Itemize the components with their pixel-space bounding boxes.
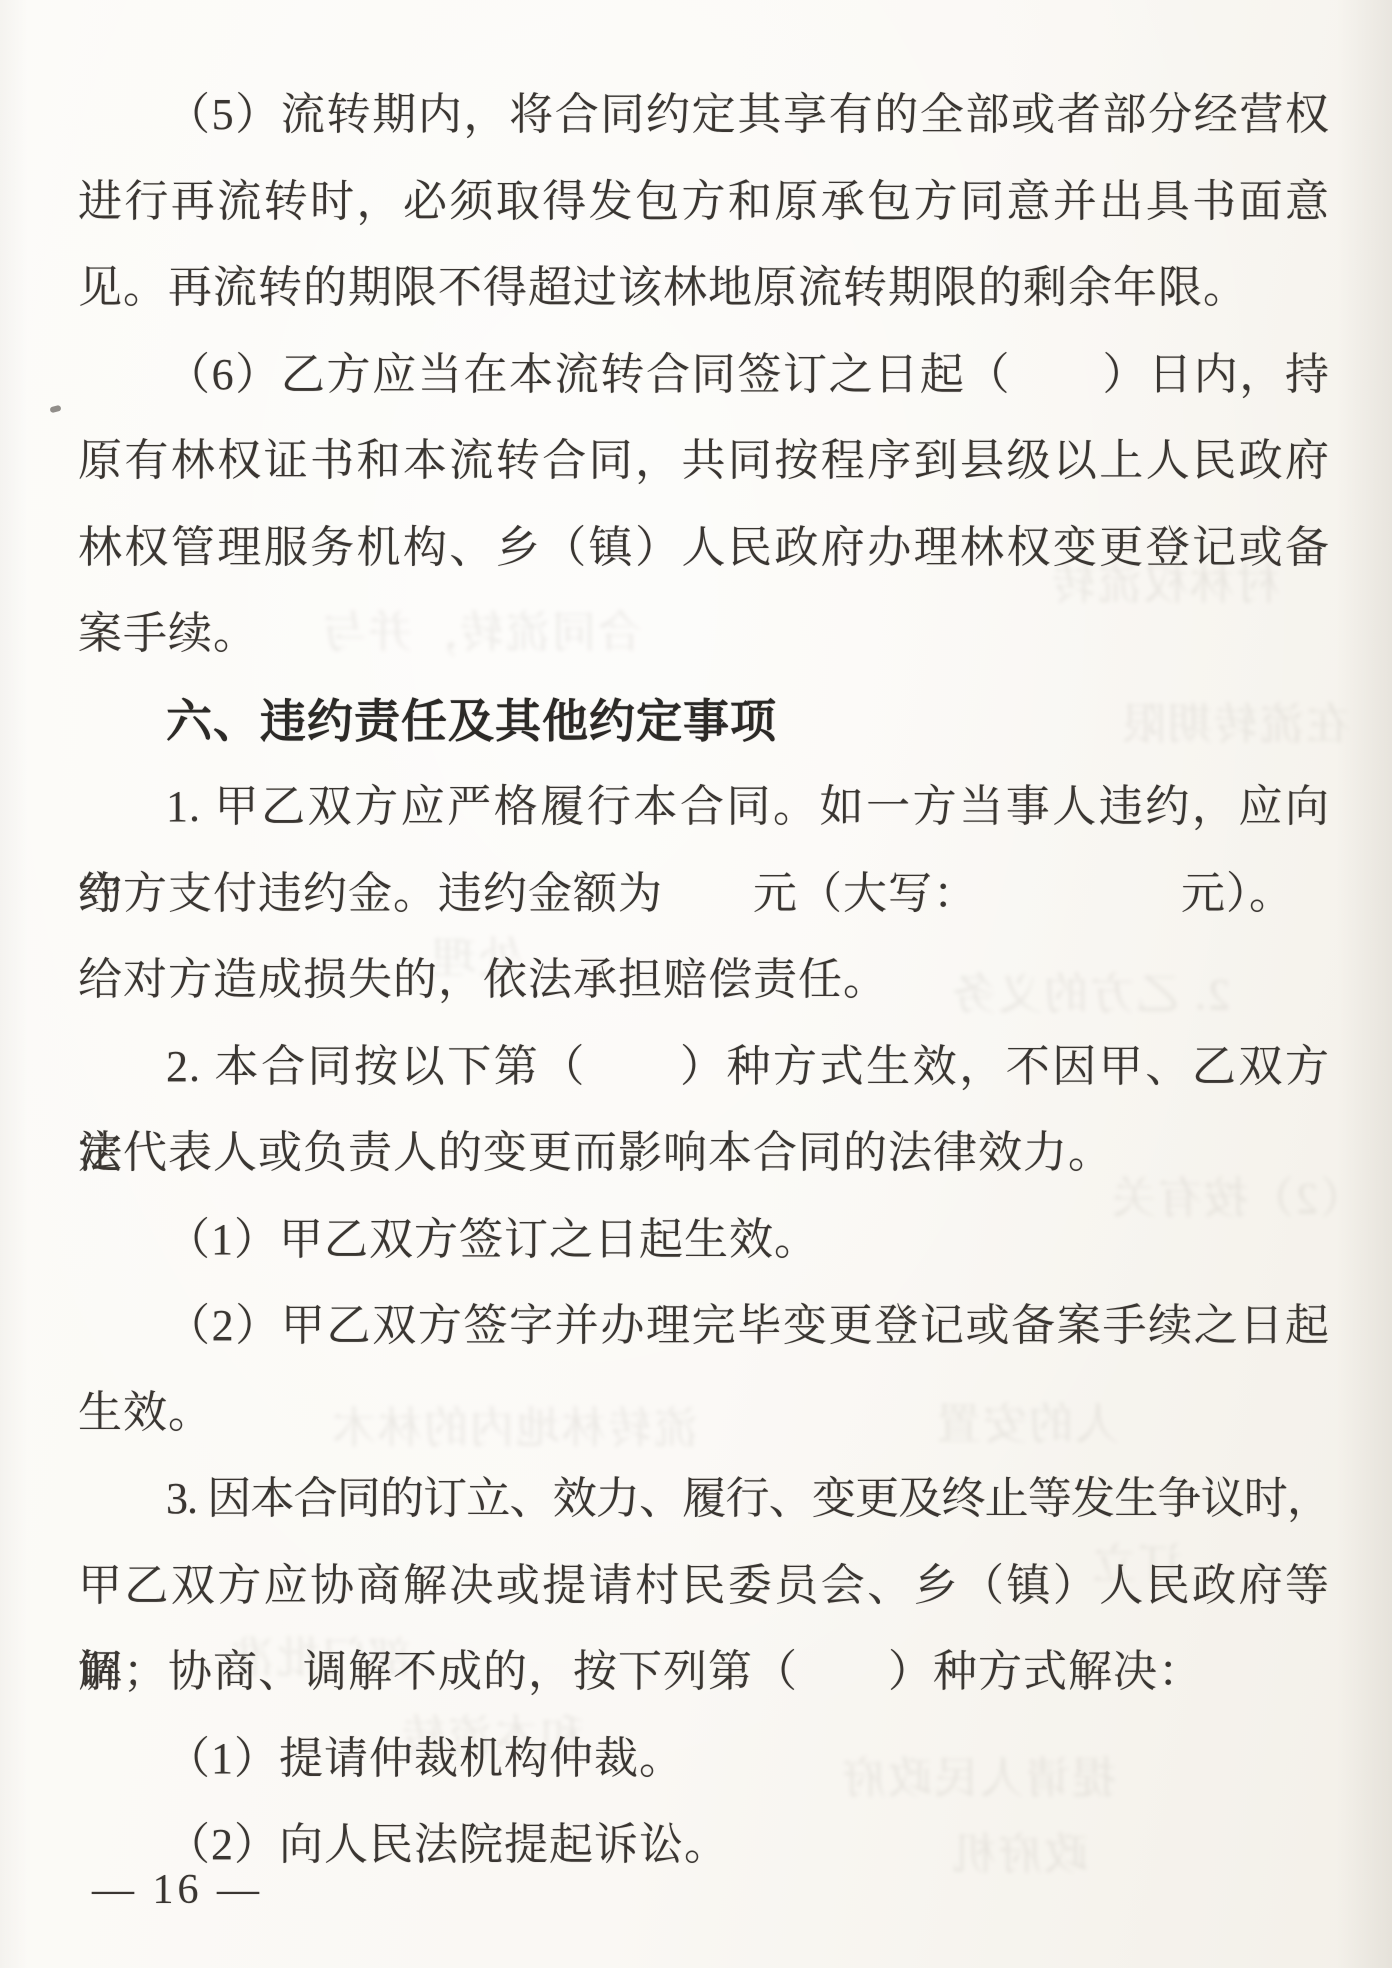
item-1-line-2: 约方支付违约金。违约金额为 元（大写： 元）。 [78, 851, 1330, 938]
item-3-line-3: 解；协商、调解不成的，按下列第（ ）种方式解决： [78, 1629, 1330, 1716]
item-1-line-3: 给对方造成损失的，依法承担赔偿责任。 [78, 937, 1330, 1024]
page-number: — 16 — [92, 1866, 263, 1914]
section-heading: 六、违约责任及其他约定事项 [78, 678, 1330, 765]
clause-5-line-3: 见。再流转的期限不得超过该林地原流转期限的剩余年限。 [78, 245, 1330, 332]
item-1-line-1: 1. 甲乙双方应严格履行本合同。如一方当事人违约，应向守 [78, 764, 1330, 851]
item-2-sub-2-line-1: （2）甲乙双方签字并办理完毕变更登记或备案手续之日起 [78, 1283, 1330, 1370]
clause-6-line-2: 原有林权证书和本流转合同，共同按程序到县级以上人民政府 [78, 418, 1330, 505]
clause-6-line-4: 案手续。 [78, 591, 1330, 678]
item-2-sub-1: （1）甲乙双方签订之日起生效。 [78, 1197, 1330, 1284]
clause-6-line-3: 林权管理服务机构、乡（镇）人民政府办理林权变更登记或备 [78, 505, 1330, 592]
scanned-contract-page: 村林权流转 合同流转，并与 在流转期限 2. 乙方的义务 处理 （2）按有关 流… [0, 0, 1392, 1968]
ink-speck [49, 405, 61, 413]
document-body: （5）流转期内，将合同约定其享有的全部或者部分经营权 进行再流转时，必须取得发包… [78, 72, 1330, 1889]
item-3-line-1: 3. 因本合同的订立、效力、履行、变更及终止等发生争议时， [78, 1456, 1330, 1543]
item-3-sub-2: （2）向人民法院提起诉讼。 [78, 1802, 1330, 1889]
clause-6-line-1: （6）乙方应当在本流转合同签订之日起（ ）日内，持 [78, 332, 1330, 419]
clause-5-line-2: 进行再流转时，必须取得发包方和原承包方同意并出具书面意 [78, 159, 1330, 246]
item-2-line-1: 2. 本合同按以下第（ ）种方式生效，不因甲、乙双方法 [78, 1024, 1330, 1111]
item-2-sub-2-line-2: 生效。 [78, 1370, 1330, 1457]
clause-5-line-1: （5）流转期内，将合同约定其享有的全部或者部分经营权 [78, 72, 1330, 159]
item-3-sub-1: （1）提请仲裁机构仲裁。 [78, 1716, 1330, 1803]
item-3-line-2: 甲乙双方应协商解决或提请村民委员会、乡（镇）人民政府等调 [78, 1543, 1330, 1630]
item-2-line-2: 定代表人或负责人的变更而影响本合同的法律效力。 [78, 1110, 1330, 1197]
